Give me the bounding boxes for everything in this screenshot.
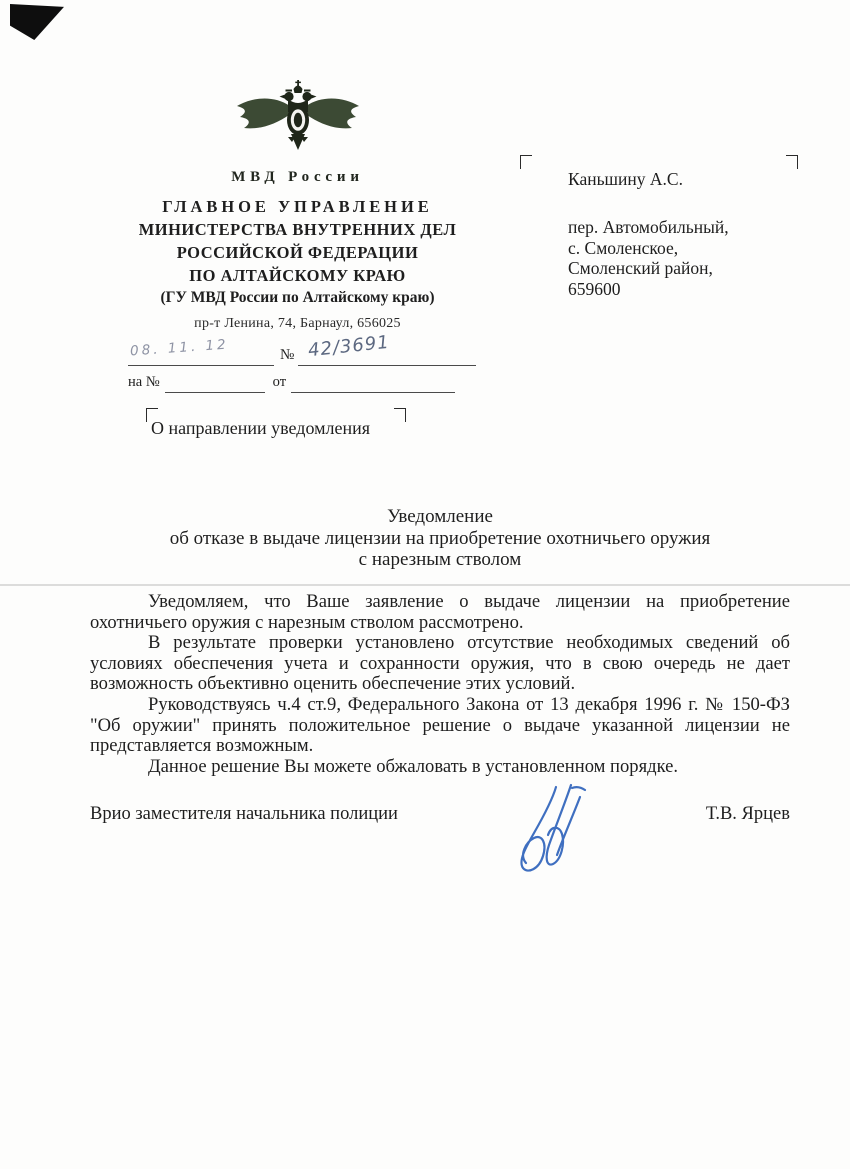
body-paragraph: В результате проверки установлено отсутс… bbox=[90, 633, 790, 695]
signature-row: Врио заместителя начальника полиции Т.В.… bbox=[90, 804, 790, 825]
scan-corner-artifact bbox=[10, 4, 64, 40]
org-name-short: МВД России bbox=[85, 169, 510, 186]
document-title: Уведомление об отказе в выдаче лицензии … bbox=[90, 506, 790, 571]
scanned-letter-page: МВД России ГЛАВНОЕ УПРАВЛЕНИЕ МИНИСТЕРСТ… bbox=[0, 0, 850, 1169]
address-corner-mark-left bbox=[520, 155, 532, 169]
address-corner-mark-right bbox=[786, 155, 798, 169]
body-paragraph: Руководствуясь ч.4 ст.9, Федерального За… bbox=[90, 695, 790, 757]
subject-corner-mark-left bbox=[146, 408, 158, 422]
handwritten-date: 08. 11. 12 bbox=[130, 337, 230, 360]
reply-date-field-line bbox=[291, 368, 455, 393]
recipient-address-line: с. Смоленское, bbox=[568, 238, 798, 259]
subject-text: О направлении уведомления bbox=[151, 418, 406, 439]
recipient-name: Каньшину А.С. bbox=[568, 169, 798, 190]
body-paragraph: Уведомляем, что Ваше заявление о выдаче … bbox=[90, 592, 790, 633]
signer-position: Врио заместителя начальника полиции bbox=[90, 804, 398, 825]
letter-body: Уведомляем, что Ваше заявление о выдаче … bbox=[90, 592, 790, 777]
org-name-line: ГЛАВНОЕ УПРАВЛЕНИЕ bbox=[85, 197, 510, 217]
org-name-line: ПО АЛТАЙСКОМУ КРАЮ bbox=[85, 266, 510, 286]
mvd-eagle-emblem-icon bbox=[232, 80, 364, 152]
number-field-line: 42/3691 bbox=[298, 336, 476, 366]
subject-block: О направлении уведомления bbox=[146, 408, 406, 439]
signer-name: Т.В. Ярцев bbox=[706, 804, 790, 825]
recipient-address-line: 659600 bbox=[568, 279, 798, 300]
recipient-block: Каньшину А.С. пер. Автомобильный, с. Смо… bbox=[520, 155, 798, 299]
org-postal-address: пр-т Ленина, 74, Барнаул, 656025 bbox=[85, 316, 510, 332]
scan-fold-line bbox=[0, 584, 850, 586]
subject-corner-mark-right bbox=[394, 408, 406, 422]
handwritten-number: 42/3691 bbox=[307, 332, 391, 361]
reply-number-field-line bbox=[165, 368, 265, 393]
body-paragraph: Данное решение Вы можете обжаловать в ус… bbox=[90, 757, 790, 778]
number-sign-label: № bbox=[280, 347, 294, 366]
org-name-line: РОССИЙСКОЙ ФЕДЕРАЦИИ bbox=[85, 243, 510, 263]
reply-date-label: от bbox=[273, 374, 286, 393]
handwritten-signature-scribble bbox=[492, 782, 607, 884]
title-line: с нарезным стволом bbox=[90, 549, 790, 571]
org-name-line: МИНИСТЕРСТВА ВНУТРЕННИХ ДЕЛ bbox=[85, 220, 510, 240]
recipient-address-line: пер. Автомобильный, bbox=[568, 217, 798, 238]
outgoing-number-row: 08. 11. 12№42/3691 bbox=[128, 336, 476, 367]
reference-block: 08. 11. 12№42/3691 на №от bbox=[128, 336, 476, 395]
letterhead: МВД России ГЛАВНОЕ УПРАВЛЕНИЕ МИНИСТЕРСТ… bbox=[85, 80, 510, 332]
date-field-line: 08. 11. 12 bbox=[128, 336, 274, 366]
reply-number-label: на № bbox=[128, 374, 160, 393]
recipient-address: пер. Автомобильный, с. Смоленское, Смоле… bbox=[568, 217, 798, 299]
title-line: об отказе в выдаче лицензии на приобрете… bbox=[90, 528, 790, 550]
reply-to-row: на №от bbox=[128, 368, 476, 395]
org-name-abbrev: (ГУ МВД России по Алтайскому краю) bbox=[85, 289, 510, 307]
recipient-address-line: Смоленский район, bbox=[568, 258, 798, 279]
title-line: Уведомление bbox=[90, 506, 790, 528]
